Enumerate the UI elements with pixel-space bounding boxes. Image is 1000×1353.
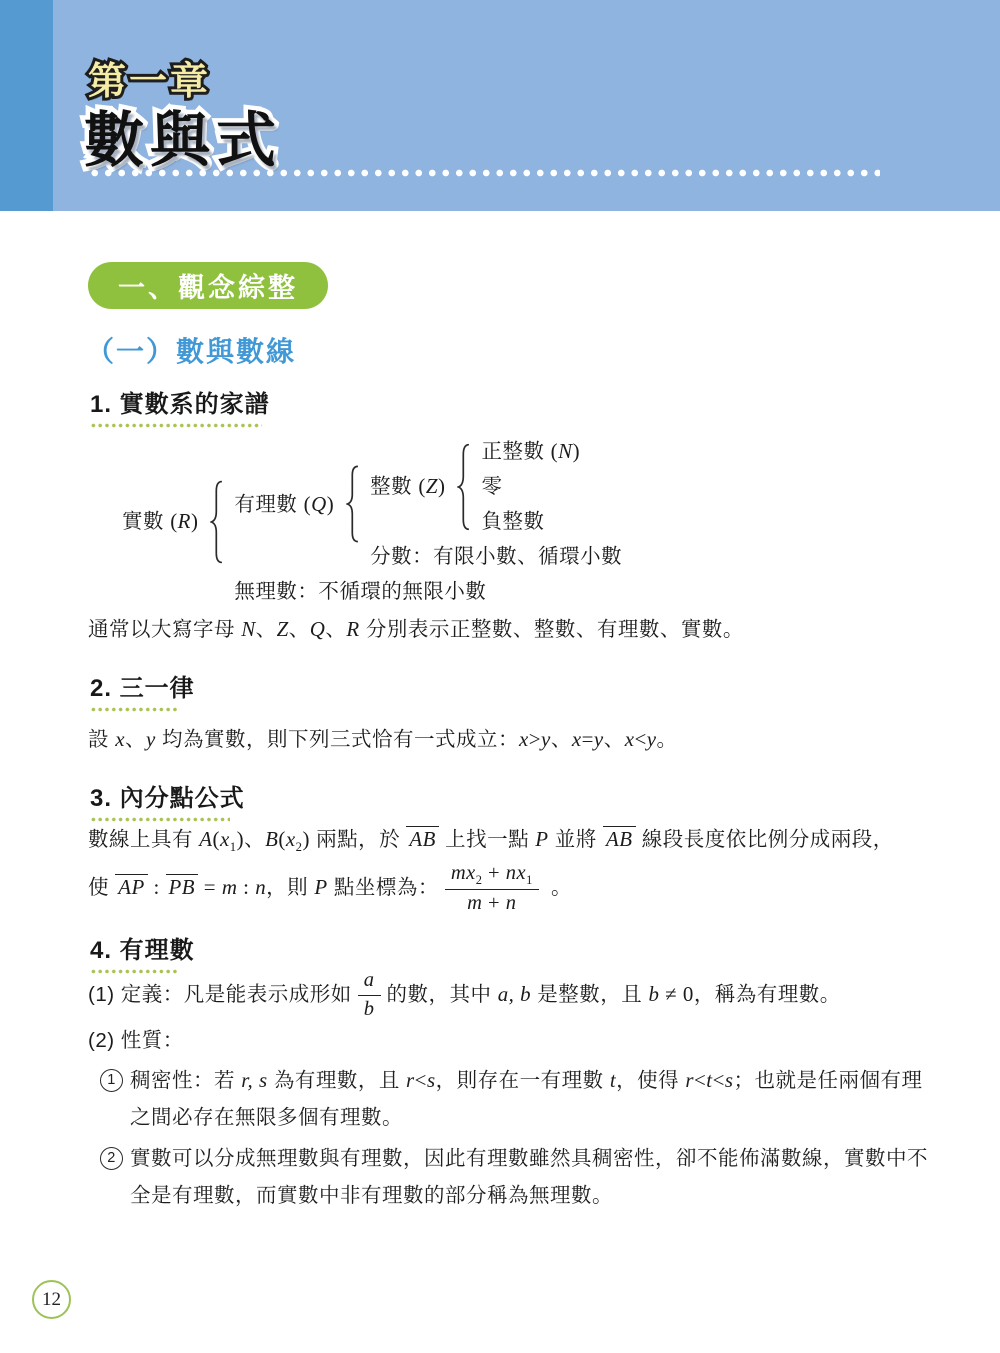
- tree-node-integer: 整數 (Z): [370, 471, 445, 502]
- tree-node-positive-integer: 正整數 (N): [481, 436, 580, 467]
- topic1-note: 通常以大寫字母 N、Z、Q、R 分別表示正整數、整數、有理數、實數。: [88, 612, 968, 647]
- section-badge: 一、觀念綜整: [88, 262, 328, 309]
- subsection-title: （一）數與數線: [86, 330, 296, 370]
- property-item-1: 1 稠密性：若 r, s 為有理數，且 r<s，則存在一有理數 t，使得 r<t…: [88, 1062, 940, 1136]
- tree-node-zero: 零: [481, 472, 580, 502]
- curly-brace: [210, 479, 224, 565]
- tree-node-real: 實數 (R): [122, 506, 198, 537]
- curly-brace: [346, 464, 360, 544]
- curly-brace: [457, 442, 471, 532]
- section-badge-label: 一、觀念綜整: [118, 266, 298, 305]
- tree-node-irrational: 無理數：不循環的無限小數: [234, 577, 622, 607]
- circled-number-2: 2: [100, 1147, 123, 1170]
- header-dotted-divider: [88, 169, 880, 177]
- chapter-header-banner: 第一章 數與式: [0, 0, 1000, 211]
- heading-dotted-underline: [90, 707, 178, 712]
- property-item-2: 2 實數可以分成無理數與有理數，因此有理數雖然具稠密性，卻不能佈滿數線，實數中不…: [88, 1140, 940, 1214]
- tree-node-negative-integer: 負整數: [481, 507, 580, 537]
- topic1-heading: 1. 實數系的家譜: [90, 384, 270, 428]
- page-number-badge: 12: [32, 1280, 71, 1319]
- real-number-tree: 實數 (R) 有理數 (Q) 整數 (Z) 正整數 (N) 零 負整數: [122, 436, 622, 607]
- heading-dotted-underline: [90, 423, 262, 428]
- property-item-1-text: 稠密性：若 r, s 為有理數，且 r<s，則存在一有理數 t，使得 r<t<s…: [130, 1069, 923, 1129]
- topic2-heading: 2. 三一律: [90, 668, 195, 712]
- chapter-title: 數與式: [84, 93, 282, 179]
- topic3-heading: 3. 內分點公式: [90, 778, 245, 822]
- topic2-text: 設 x、y 均為實數，則下列三式恰有一式成立：x>y、x=y、x<y。: [88, 722, 968, 757]
- topic4-property-label: (2) 性質：: [88, 1024, 184, 1058]
- left-accent-strip: [0, 0, 53, 211]
- topic4-definition: (1) 定義：凡是能表示成形如ab的數，其中 a, b 是整數，且 b ≠ 0，…: [88, 966, 978, 1023]
- tree-node-fraction: 分數：有限小數、循環小數: [370, 542, 622, 572]
- tree-node-rational: 有理數 (Q): [234, 489, 334, 520]
- textbook-page: 第一章 數與式 一、觀念綜整 （一）數與數線 1. 實數系的家譜 實數 (R) …: [0, 0, 1000, 1353]
- circled-number-1: 1: [100, 1069, 123, 1092]
- property-item-2-text: 實數可以分成無理數與有理數，因此有理數雖然具稠密性，卻不能佈滿數線，實數中不全是…: [130, 1147, 928, 1207]
- page-number: 12: [42, 1289, 61, 1311]
- topic3-line2: 使 AP : PB = m : n，則 P 點坐標為：mx2 + nx1m + …: [88, 858, 978, 917]
